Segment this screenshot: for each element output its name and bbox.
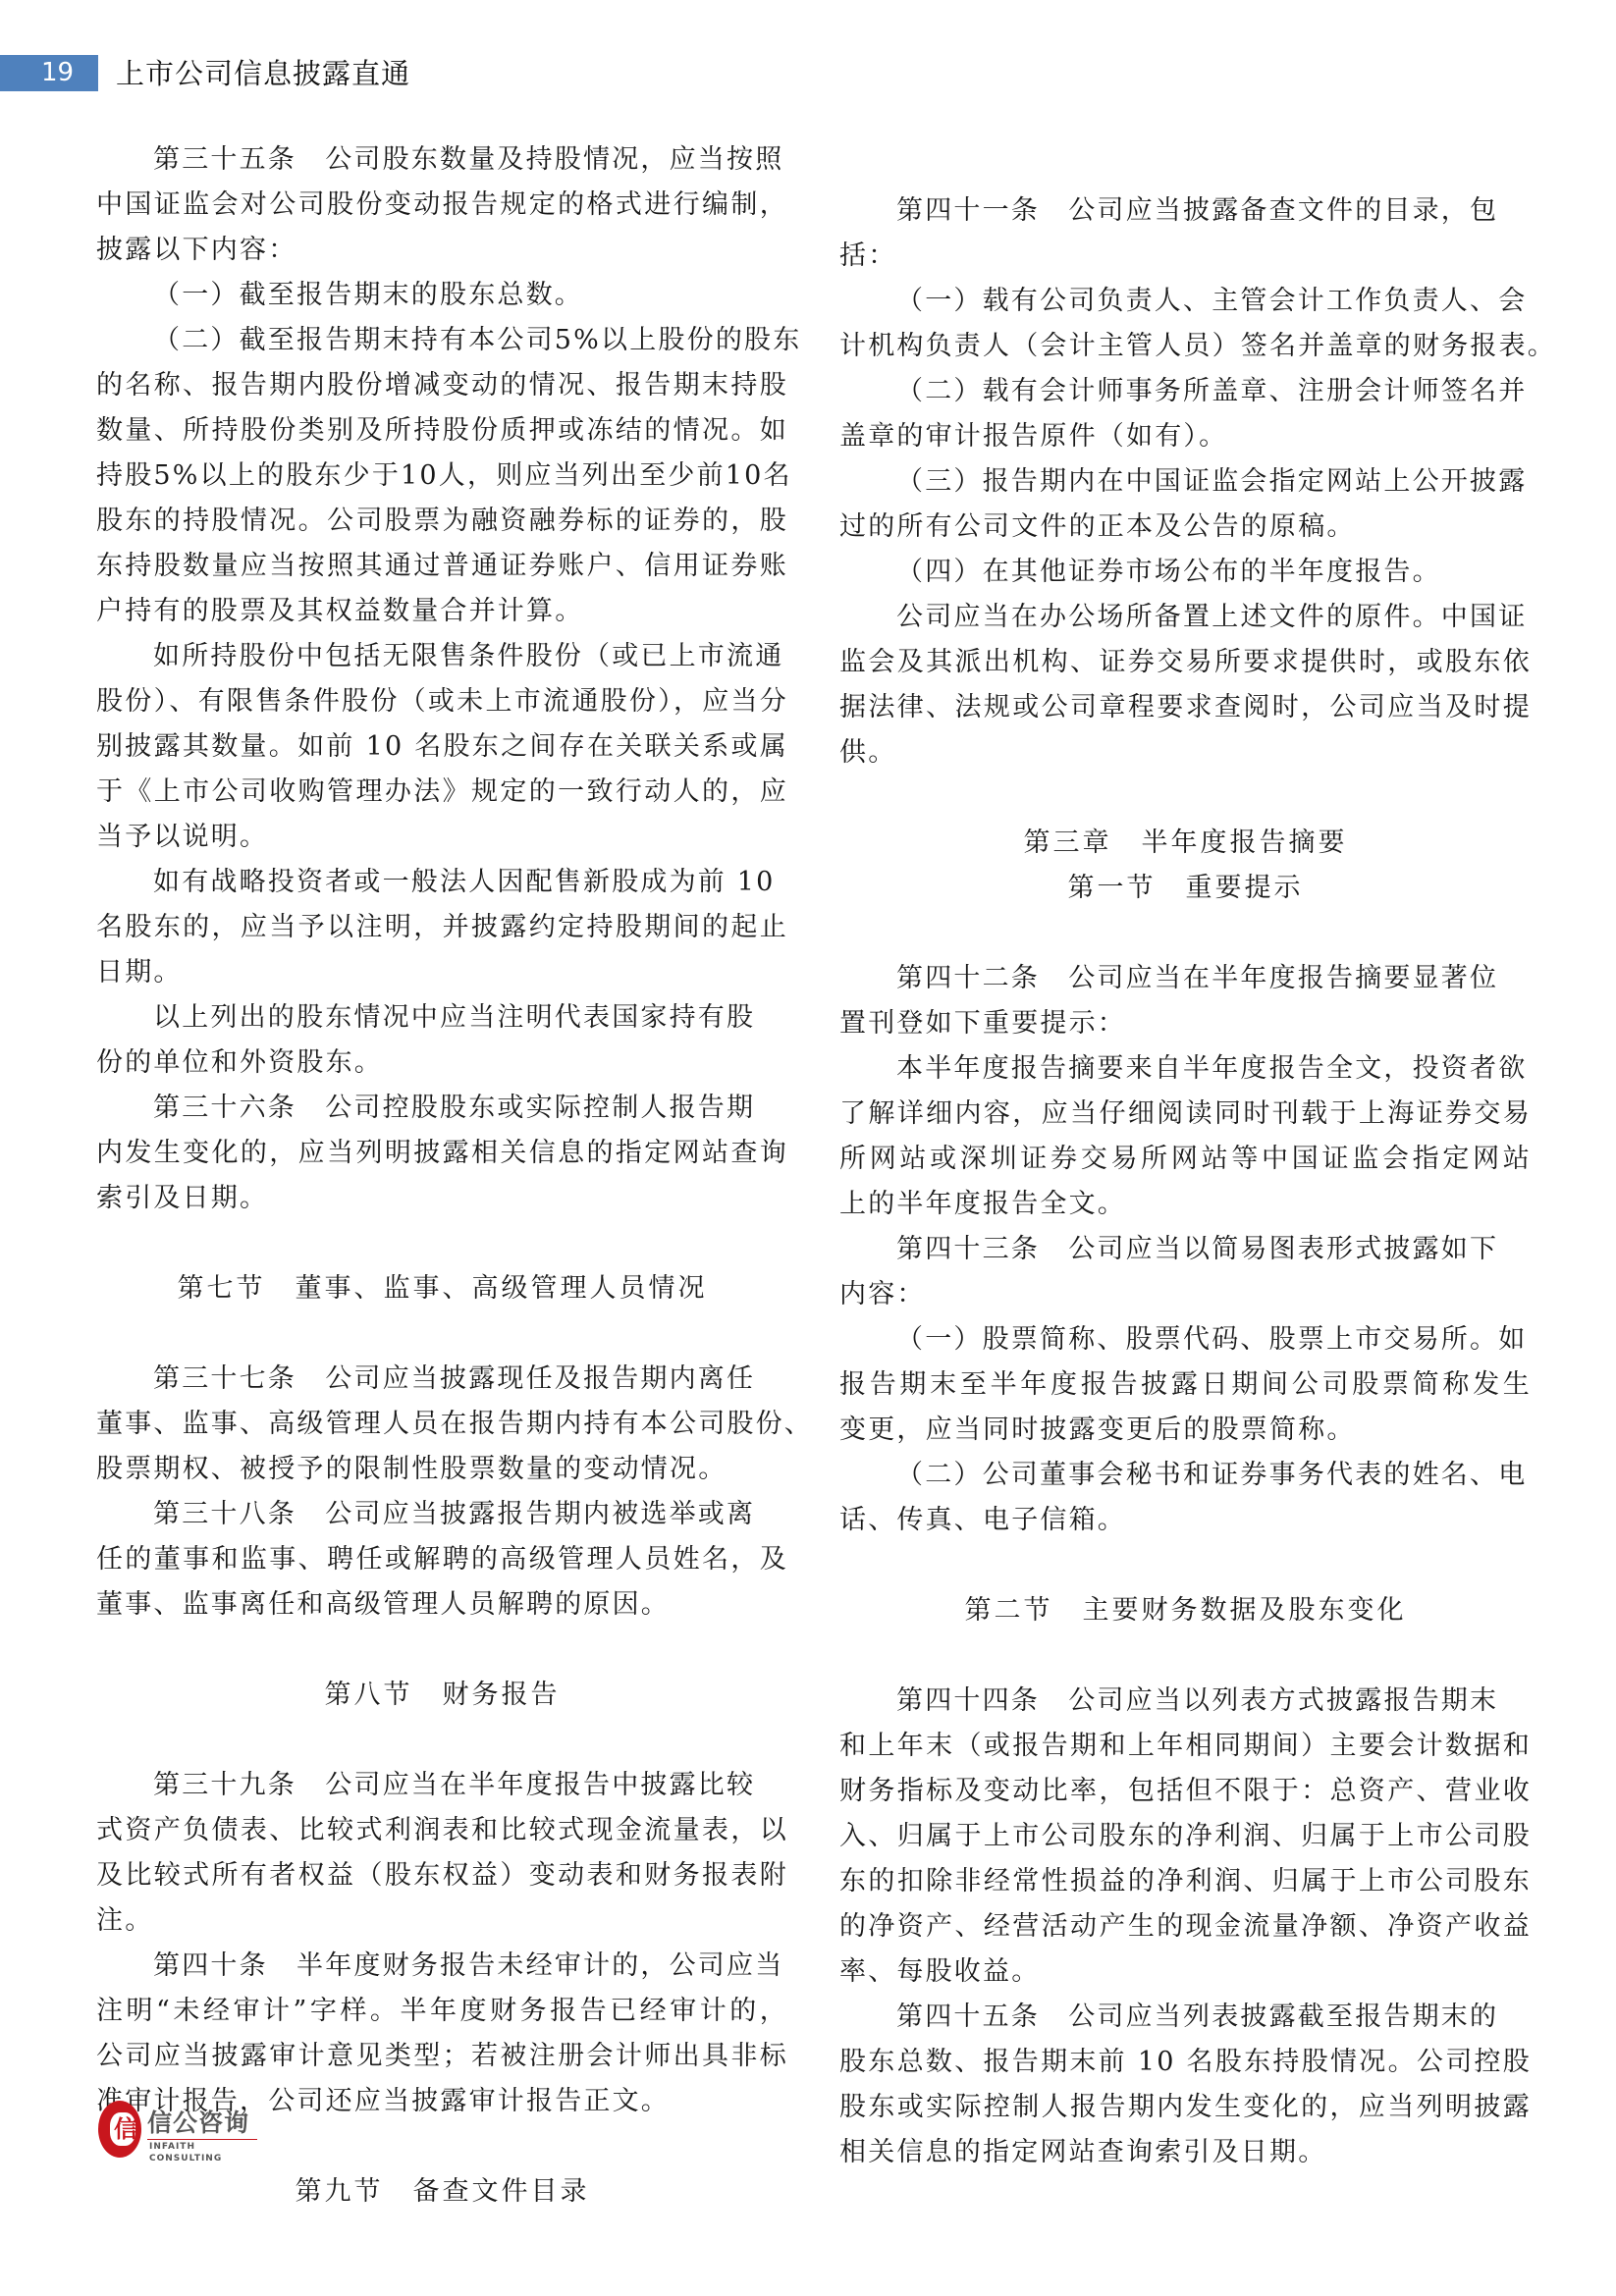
text-line: （四）在其他证券市场公布的半年度报告。	[839, 550, 1532, 595]
text-line: 份的单位和外资股东。	[96, 1041, 788, 1086]
text-line: 计机构负责人（会计主管人员）签名并盖章的财务报表。	[839, 324, 1532, 369]
paragraph-gap	[96, 1221, 788, 1266]
text-line: 户持有的股票及其权益数量合并计算。	[96, 589, 788, 634]
text-line: 股东的持股情况。公司股票为融资融券标的证券的，股	[96, 499, 788, 544]
text-line: 董事、监事离任和高级管理人员解聘的原因。	[96, 1582, 788, 1628]
text-line: 本半年度报告摘要来自半年度报告全文，投资者欲	[839, 1046, 1532, 1092]
text-line: 据法律、法规或公司章程要求查阅时，公司应当及时提	[839, 685, 1532, 730]
text-line: 公司应当在办公场所备置上述文件的原件。中国证	[839, 595, 1532, 640]
text-line: 股东或实际控制人报告期内发生变化的，应当列明披露	[839, 2085, 1532, 2130]
text-line: 东持股数量应当按照其通过普通证券账户、信用证券账	[96, 544, 788, 589]
paragraph-gap	[839, 1633, 1532, 1679]
logo-mark-glyph: 信	[114, 2114, 137, 2144]
text-line: 过的所有公司文件的正本及公告的原稿。	[839, 505, 1532, 550]
text-line: 式资产负债表、比较式利润表和比较式现金流量表，以	[96, 1808, 788, 1853]
text-line: 第三十九条 公司应当在半年度报告中披露比较	[96, 1763, 788, 1808]
text-line: 名股东的，应当予以注明，并披露约定持股期间的起止	[96, 905, 788, 950]
text-line: （三）报告期内在中国证监会指定网站上公开披露	[839, 459, 1532, 505]
text-line: （一）股票简称、股票代码、股票上市交易所。如	[839, 1317, 1532, 1362]
text-line: 入、归属于上市公司股东的净利润、归属于上市公司股	[839, 1814, 1532, 1859]
text-line: 盖章的审计报告原件（如有）。	[839, 414, 1532, 459]
text-line: 和上年末（或报告期和上年相同期间）主要会计数据和	[839, 1724, 1532, 1769]
section-heading: 第九节 备查文件目录	[96, 2169, 788, 2215]
text-line: 相关信息的指定网站查询索引及日期。	[839, 2130, 1532, 2175]
text-line: 如所持股份中包括无限售条件股份（或已上市流通	[96, 634, 788, 679]
text-line: 日期。	[96, 950, 788, 995]
text-line: （二）公司董事会秘书和证券事务代表的姓名、电	[839, 1453, 1532, 1498]
section-heading: 第一节 重要提示	[839, 866, 1532, 911]
section-heading: 第三章 半年度报告摘要	[839, 821, 1532, 866]
text-line: 数量、所持股份类别及所持股份质押或冻结的情况。如	[96, 408, 788, 454]
text-line: 第三十七条 公司应当披露现任及报告期内离任	[96, 1357, 788, 1402]
section-heading: 第二节 主要财务数据及股东变化	[839, 1588, 1532, 1633]
text-line: 变更，应当同时披露变更后的股票简称。	[839, 1408, 1532, 1453]
text-line: 率、每股收益。	[839, 1949, 1532, 1995]
text-line: 话、传真、电子信箱。	[839, 1498, 1532, 1543]
text-line: 内容：	[839, 1272, 1532, 1317]
text-line: 第三十五条 公司股东数量及持股情况，应当按照	[96, 137, 788, 183]
text-line: 披露以下内容：	[96, 228, 788, 273]
publication-title: 上市公司信息披露直通	[116, 54, 410, 93]
text-line: 公司应当披露审计意见类型；若被注册会计师出具非标	[96, 2034, 788, 2079]
text-line: 股票期权、被授予的限制性股票数量的变动情况。	[96, 1447, 788, 1492]
text-line: （一）载有公司负责人、主管会计工作负责人、会	[839, 279, 1532, 324]
text-line: （二）载有会计师事务所盖章、注册会计师签名并	[839, 369, 1532, 414]
text-line: 以上列出的股东情况中应当注明代表国家持有股	[96, 995, 788, 1041]
text-line: 了解详细内容，应当仔细阅读同时刊载于上海证券交易	[839, 1092, 1532, 1137]
paragraph-gap	[96, 1311, 788, 1357]
text-line: 注。	[96, 1898, 788, 1944]
text-line: 供。	[839, 730, 1532, 775]
text-line: 的净资产、经营活动产生的现金流量净额、净资产收益	[839, 1904, 1532, 1949]
text-line: 第四十五条 公司应当列表披露截至报告期末的	[839, 1995, 1532, 2040]
paragraph-gap	[839, 911, 1532, 956]
logo-name-cn: 信公咨询	[147, 2109, 249, 2138]
text-line: 财务指标及变动比率，包括但不限于：总资产、营业收	[839, 1769, 1532, 1814]
right-column: 第四十一条 公司应当披露备查文件的目录，包括：（一）载有公司负责人、主管会计工作…	[839, 188, 1532, 2175]
text-line: 置刊登如下重要提示：	[839, 1001, 1532, 1046]
text-line: 监会及其派出机构、证券交易所要求提供时，或股东依	[839, 640, 1532, 685]
text-line: 股份）、有限售条件股份（或未上市流通股份），应当分	[96, 679, 788, 724]
text-line: 于《上市公司收购管理办法》规定的一致行动人的，应	[96, 770, 788, 815]
paragraph-gap	[96, 1628, 788, 1673]
text-line: 内发生变化的，应当列明披露相关信息的指定网站查询	[96, 1131, 788, 1176]
text-line: 如有战略投资者或一般法人因配售新股成为前 10	[96, 860, 788, 905]
paragraph-gap	[839, 775, 1532, 821]
text-line: 所网站或深圳证券交易所网站等中国证监会指定网站	[839, 1137, 1532, 1182]
paragraph-gap	[839, 1543, 1532, 1588]
text-line: 第四十二条 公司应当在半年度报告摘要显著位	[839, 956, 1532, 1001]
text-line: 董事、监事、高级管理人员在报告期内持有本公司股份、	[96, 1402, 788, 1447]
text-line: 第三十八条 公司应当披露报告期内被选举或离	[96, 1492, 788, 1537]
text-line: 上的半年度报告全文。	[839, 1182, 1532, 1227]
text-line: 第四十条 半年度财务报告未经审计的，公司应当	[96, 1944, 788, 1989]
text-line: 第三十六条 公司控股股东或实际控制人报告期	[96, 1086, 788, 1131]
text-line: 持股5%以上的股东少于10人，则应当列出至少前10名	[96, 454, 788, 499]
text-line: 的名称、报告期内股份增减变动的情况、报告期末持股	[96, 363, 788, 408]
logo-name-en: INFAITH CONSULTING	[149, 2141, 265, 2164]
text-line: 注明“未经审计”字样。半年度财务报告已经审计的，	[96, 1989, 788, 2034]
text-line: 索引及日期。	[96, 1176, 788, 1221]
text-line: 任的董事和监事、聘任或解聘的高级管理人员姓名，及	[96, 1537, 788, 1582]
text-line: 第四十四条 公司应当以列表方式披露报告期末	[839, 1679, 1532, 1724]
text-line: 东的扣除非经常性损益的净利润、归属于上市公司股东	[839, 1859, 1532, 1904]
infaith-logo: 信 信公咨询 INFAITH CONSULTING	[98, 2101, 265, 2160]
text-line: 别披露其数量。如前 10 名股东之间存在关联关系或属	[96, 724, 788, 770]
left-column: 第三十五条 公司股东数量及持股情况，应当按照中国证监会对公司股份变动报告规定的格…	[96, 137, 788, 2215]
page-number: 19	[41, 57, 90, 89]
text-line: 当予以说明。	[96, 815, 788, 860]
text-line: 括：	[839, 234, 1532, 279]
text-line: 第四十一条 公司应当披露备查文件的目录，包	[839, 188, 1532, 234]
text-line: 中国证监会对公司股份变动报告规定的格式进行编制，	[96, 183, 788, 228]
text-line: 股东总数、报告期末前 10 名股东持股情况。公司控股	[839, 2040, 1532, 2085]
text-line: （二）截至报告期末持有本公司5%以上股份的股东	[96, 318, 788, 363]
section-heading: 第八节 财务报告	[96, 1673, 788, 1718]
text-line: （一）截至报告期末的股东总数。	[96, 273, 788, 318]
text-line: 第四十三条 公司应当以简易图表形式披露如下	[839, 1227, 1532, 1272]
section-heading: 第七节 董事、监事、高级管理人员情况	[96, 1266, 788, 1311]
paragraph-gap	[96, 1718, 788, 1763]
logo-divider	[147, 2139, 257, 2140]
text-line: 报告期末至半年度报告披露日期间公司股票简称发生	[839, 1362, 1532, 1408]
text-line: 及比较式所有者权益（股东权益）变动表和财务报表附	[96, 1853, 788, 1898]
